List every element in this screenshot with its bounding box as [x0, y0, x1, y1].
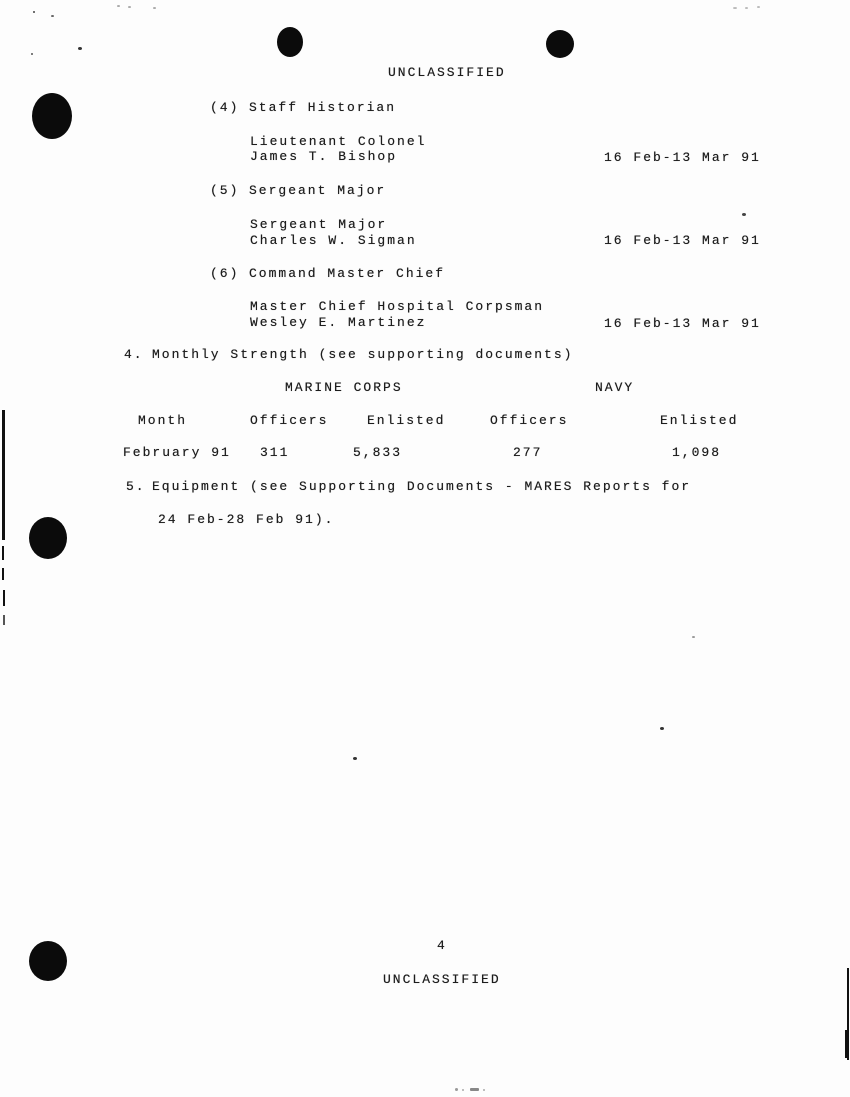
table-cell-navy-enlisted: 1,098: [672, 445, 721, 460]
scan-speck: [692, 636, 695, 638]
table-cell-usmc-enlisted: 5,833: [353, 445, 402, 460]
entry-6-dates: 16 Feb-13 Mar 91: [604, 316, 761, 331]
page-number: 4: [437, 938, 447, 953]
scan-speck: [31, 53, 33, 55]
table-column-navy-enlisted: Enlisted: [660, 413, 738, 428]
scan-speck: [117, 5, 120, 7]
table-column-usmc-officers: Officers: [250, 413, 328, 428]
item-5-text-line2: 24 Feb-28 Feb 91).: [158, 512, 334, 527]
table-cell-usmc-officers: 311: [260, 445, 289, 460]
entry-4-title: Staff Historian: [249, 100, 396, 115]
left-edge-scan-dash: [2, 546, 4, 560]
scan-speck: [128, 6, 131, 8]
hole-punch-mark-left-top: [32, 93, 72, 139]
table-cell-navy-officers: 277: [513, 445, 542, 460]
table-group-header-marine-corps: MARINE CORPS: [285, 380, 403, 395]
entry-4-name: James T. Bishop: [250, 149, 397, 164]
entry-6-name: Wesley E. Martinez: [250, 315, 426, 330]
scan-speck: [660, 727, 664, 730]
scan-speck: [353, 757, 357, 760]
table-cell-month: February 91: [123, 445, 231, 460]
scan-speck: [33, 11, 35, 13]
entry-5-name: Charles W. Sigman: [250, 233, 417, 248]
hole-punch-mark-left-bottom: [29, 941, 67, 981]
hole-punch-mark-left-middle: [29, 517, 67, 559]
table-column-usmc-enlisted: Enlisted: [367, 413, 445, 428]
scan-speck: [462, 1089, 464, 1091]
hole-punch-mark-top-left: [277, 27, 303, 57]
entry-5-rank: Sergeant Major: [250, 217, 387, 232]
left-edge-scan-dash: [3, 590, 5, 606]
entry-6-rank: Master Chief Hospital Corpsman: [250, 299, 544, 314]
item-5-text-line1: Equipment (see Supporting Documents - MA…: [152, 479, 691, 494]
document-page: UNCLASSIFIED (4) Staff Historian Lieuten…: [0, 0, 850, 1097]
scan-speck: [733, 7, 737, 9]
entry-5-index: (5): [210, 183, 239, 198]
entry-5-dates: 16 Feb-13 Mar 91: [604, 233, 761, 248]
hole-punch-mark-top-right: [546, 30, 574, 58]
table-column-navy-officers: Officers: [490, 413, 568, 428]
table-group-header-navy: NAVY: [595, 380, 634, 395]
entry-5-title: Sergeant Major: [249, 183, 386, 198]
scan-speck: [745, 7, 748, 9]
scan-speck: [51, 15, 54, 17]
classification-header: UNCLASSIFIED: [388, 65, 506, 80]
scan-speck: [470, 1088, 479, 1091]
item-4-text: Monthly Strength (see supporting documen…: [152, 347, 573, 362]
entry-4-dates: 16 Feb-13 Mar 91: [604, 150, 761, 165]
classification-footer: UNCLASSIFIED: [383, 972, 501, 987]
left-edge-scan-dash: [3, 615, 5, 625]
entry-4-rank: Lieutenant Colonel: [250, 134, 426, 149]
table-column-month: Month: [138, 413, 187, 428]
entry-4-index: (4): [210, 100, 239, 115]
scan-speck: [153, 7, 156, 9]
scan-speck: [78, 47, 82, 50]
entry-6-title: Command Master Chief: [249, 266, 445, 281]
left-edge-scan-dash: [2, 568, 4, 580]
scan-speck: [742, 213, 746, 216]
scan-speck: [483, 1089, 485, 1091]
entry-6-index: (6): [210, 266, 239, 281]
scan-speck: [455, 1088, 458, 1091]
right-edge-scan-line-thick: [845, 1030, 849, 1058]
item-4-number: 4.: [124, 347, 144, 362]
scan-speck: [757, 6, 760, 8]
item-5-number: 5.: [126, 479, 146, 494]
left-edge-scan-line: [2, 410, 5, 540]
